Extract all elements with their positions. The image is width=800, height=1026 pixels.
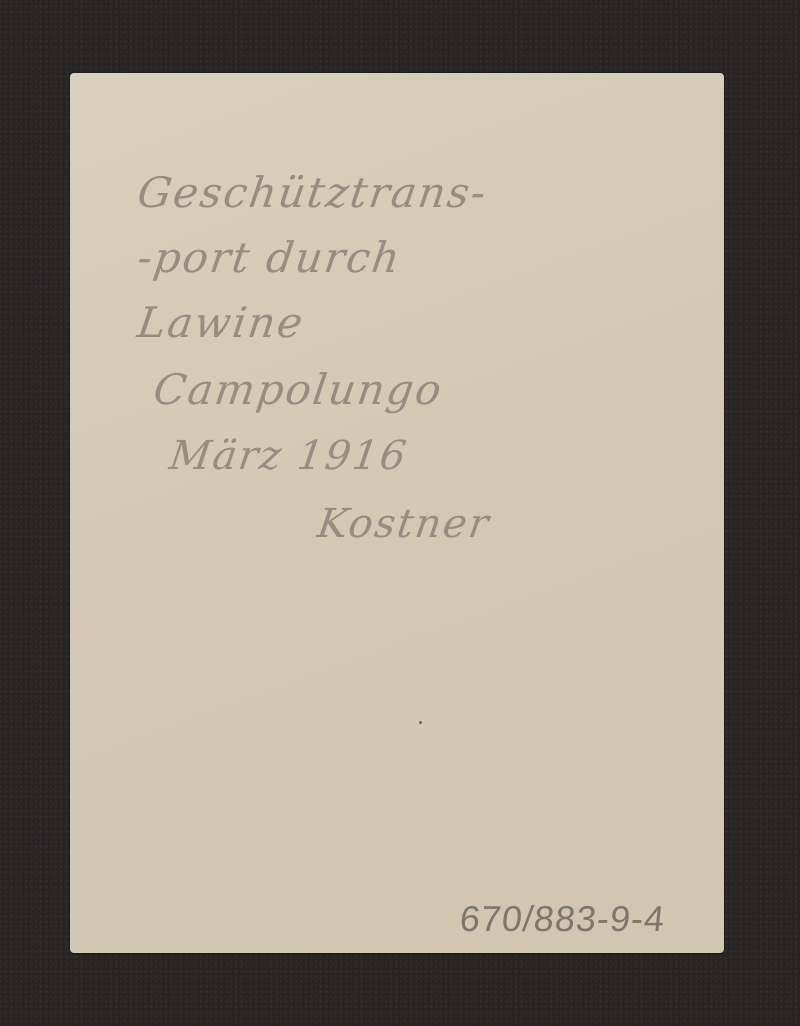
archive-number: 670/883-9-4 <box>458 898 668 940</box>
handwritten-date: März 1916 <box>167 433 411 479</box>
handwritten-signature: Kostner <box>315 501 494 547</box>
handwritten-line-1: Geschütztrans- <box>135 168 491 217</box>
paper-speck <box>419 721 422 724</box>
handwritten-line-3: Lawine <box>135 298 308 347</box>
handwritten-line-2: -port durch <box>135 233 405 282</box>
photo-card-back: Geschütztrans- -port durch Lawine Campol… <box>70 73 724 953</box>
handwritten-line-4: Campolungo <box>151 365 447 414</box>
